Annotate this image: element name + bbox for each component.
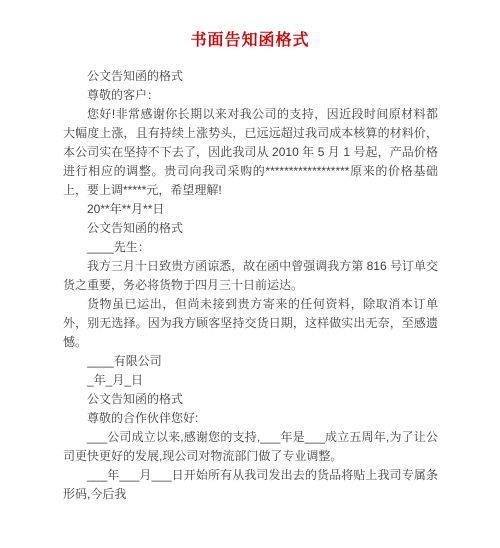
paragraph-anniversary-logistics-notice: ___公司成立以来,感谢您的支持,___年是___成立五周年,为了让公司更快更好… bbox=[63, 428, 438, 466]
document-page: 书面告知函格式 公文告知函的格式 尊敬的客户： 您好!非常感谢你长期以来对我公司… bbox=[0, 0, 500, 548]
paragraph-barcode-notice: ___年___月___日开始所有从我司发出去的货品将贴上我司专属条形码,今后我 bbox=[63, 466, 438, 504]
document-body: 公文告知函的格式 尊敬的客户： 您好!非常感谢你长期以来对我公司的支持，因近段时… bbox=[0, 67, 500, 504]
paragraph-format-heading-1: 公文告知函的格式 bbox=[63, 67, 438, 86]
paragraph-company-signature: ____有限公司 bbox=[63, 352, 438, 371]
paragraph-salutation-partner: 尊敬的合作伙伴您好: bbox=[63, 409, 438, 428]
document-title: 书面告知函格式 bbox=[0, 0, 500, 50]
paragraph-order-delivery-notice: 我方三月十日致贵方函谅悉，故在函中曾强调我方第 816 号订单交货之重要，务必将… bbox=[63, 257, 438, 295]
paragraph-price-adjustment-notice: 您好!非常感谢你长期以来对我公司的支持，因近段时间原材料都大幅度上涨，且有持续上… bbox=[63, 105, 438, 200]
paragraph-order-cancellation-notice: 货物虽已运出，但尚未接到贵方寄来的任何资料，除取消本订单外，别无选择。因为我方顾… bbox=[63, 295, 438, 352]
paragraph-date-placeholder-1: 20**年**月**日 bbox=[63, 200, 438, 219]
paragraph-date-placeholder-2: _年_月_日 bbox=[63, 371, 438, 390]
paragraph-salutation-mister: ____先生： bbox=[63, 238, 438, 257]
paragraph-format-heading-2: 公文告知函的格式 bbox=[63, 219, 438, 238]
paragraph-format-heading-3: 公文告知函的格式 bbox=[63, 390, 438, 409]
paragraph-salutation-customer: 尊敬的客户： bbox=[63, 86, 438, 105]
